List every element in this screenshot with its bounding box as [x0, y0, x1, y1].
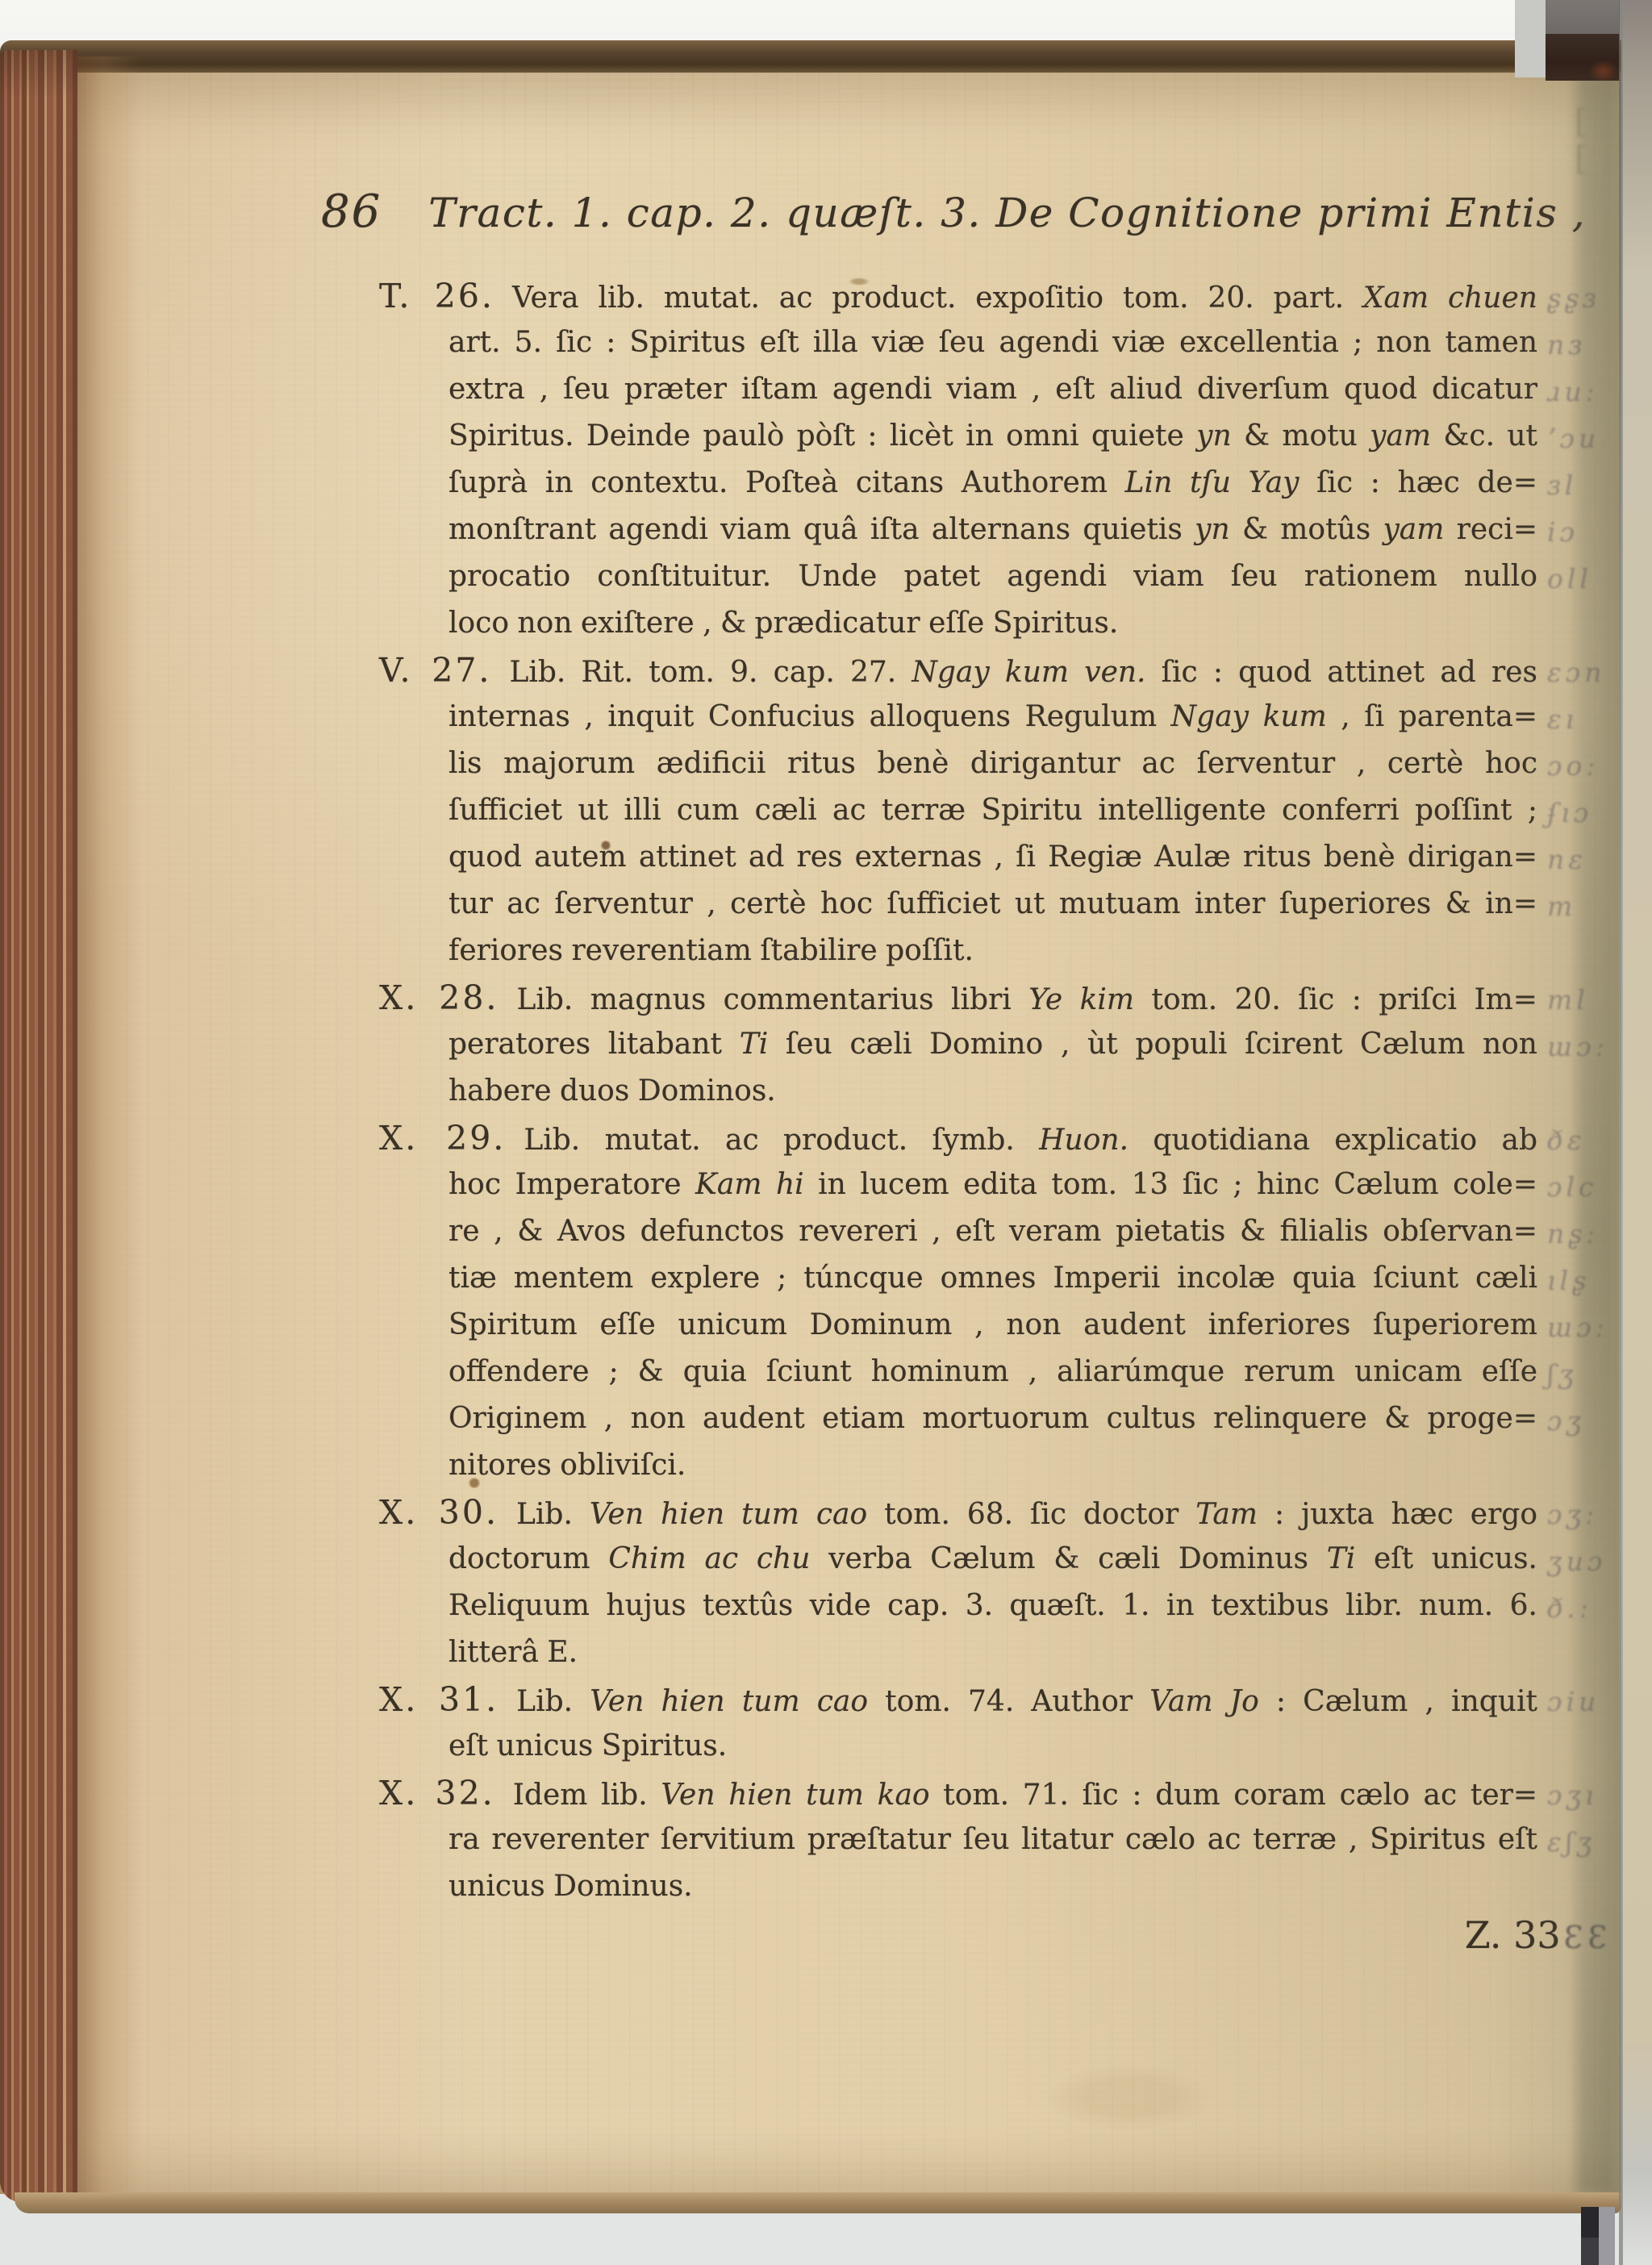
italic-term: yam	[1383, 513, 1444, 546]
text-line: Reliquum hujus textûs vide cap. 3. quæſt…	[379, 1583, 1537, 1629]
corner-bleed-through-marks: [ [	[1575, 103, 1623, 177]
text-line: X. 29.Lib. mutat. ac product. ſymb. Huon…	[379, 1115, 1537, 1162]
text-segment: hoc Imperatore	[448, 1168, 695, 1201]
bleed-through-mark: ɛı	[1547, 696, 1578, 743]
text-segment: Spiritus. Deinde paulò pòſt : licèt in o…	[448, 419, 1196, 453]
book-bottom-edge	[15, 2192, 1621, 2213]
text-line: unicus Dominus.	[379, 1863, 1537, 1910]
bleed-through-mark: ɯɔː	[1547, 1304, 1608, 1351]
paragraph-label: X. 28.	[379, 978, 499, 1017]
italic-term: Ti	[1327, 1542, 1356, 1575]
text-segment: Vera lib. mutat. ac product. expoſitio t…	[512, 282, 1363, 315]
italic-term: Chim ac chu	[608, 1542, 810, 1575]
text-line: habere duos Dominos.	[379, 1068, 1537, 1115]
text-line: procatio conſtituitur. Unde patet agendi…	[379, 553, 1537, 600]
text-segment: internas , inquit Confucius alloquens Re…	[448, 700, 1171, 733]
book-holder-rod-cap	[1581, 2207, 1599, 2238]
text-segment: Lib.	[516, 1498, 590, 1531]
text-segment: ſufficiet ut illi cum cæli ac terræ Spir…	[448, 794, 1537, 827]
book-fore-edge-pages	[0, 50, 77, 2202]
text-segment: & motu	[1232, 419, 1370, 453]
text-segment: in lucem edita tom. 13 ſic ; hinc Cælum …	[804, 1168, 1537, 1201]
bleed-through-mark: ɜl	[1547, 462, 1577, 509]
bleed-through-mark: ɔʒı	[1547, 1772, 1598, 1819]
text-segment: Spiritum eſſe unicum Dominum , non auden…	[448, 1308, 1537, 1341]
text-segment: quotidiana explicatio ab	[1128, 1124, 1537, 1157]
bleed-through-mark: ʃʒ	[1547, 1351, 1578, 1398]
text-line: X. 28.Lib. magnus commentarius libri Ye …	[379, 974, 1537, 1021]
page-number: 86	[321, 186, 382, 238]
italic-term: Ven hien tum cao	[590, 1685, 868, 1718]
text-segment: tur ac ſerventur , certè hoc ſufficiet u…	[448, 887, 1537, 920]
text-segment: habere duos Dominos.	[448, 1074, 776, 1107]
italic-term: Ngay kum	[1171, 700, 1327, 733]
text-line: X. 30.Lib. Ven hien tum cao tom. 68. ſic…	[379, 1489, 1537, 1536]
text-segment: tom. 74. Author	[868, 1685, 1149, 1718]
italic-term: Kam hi	[695, 1168, 804, 1201]
bleed-through-mark: nʂː	[1547, 1211, 1599, 1258]
bleed-through-mark: nɛ	[1547, 836, 1587, 883]
text-line: litterâ E.	[379, 1629, 1537, 1676]
text-segment: offendere ; & quia ſciunt hominum , alia…	[448, 1355, 1537, 1388]
bleed-through-mark: ʼɔu	[1547, 415, 1600, 462]
text-line: X. 32.Idem lib. Ven hien tum kao tom. 71…	[379, 1770, 1537, 1817]
bleed-through-mark: oll	[1547, 556, 1592, 603]
text-line: lis majorum ædificii ritus benè dirigant…	[379, 740, 1537, 787]
text-line: feriores reverentiam ſtabilire poſſit.	[379, 928, 1537, 974]
text-segment: Lib.	[516, 1685, 590, 1718]
text-segment: lis majorum ædificii ritus benè dirigant…	[448, 747, 1537, 780]
bleed-through-mark: ɔiu	[1547, 1679, 1600, 1725]
text-line: T. 26.Vera lib. mutat. ac product. expoſ…	[379, 273, 1537, 319]
text-line: tiæ mentem explere ; túncque omnes Imper…	[379, 1255, 1537, 1302]
bleed-through-mark: nɜ	[1547, 322, 1586, 369]
text-line: eſt unicus Spiritus.	[379, 1723, 1537, 1770]
text-segment: tom. 71. ſic : dum coram cælo ac ter=	[930, 1779, 1537, 1812]
paragraph-label: V. 27.	[379, 651, 491, 690]
text-segment: eſt unicus.	[1355, 1542, 1537, 1575]
text-segment: ſuprà in contextu. Poſteà citans Authore…	[448, 466, 1125, 499]
italic-term: yam	[1370, 419, 1431, 453]
binding-clamp-top	[1546, 0, 1620, 35]
text-line: loco non exiſtere , & prædicatur eſſe Sp…	[379, 600, 1537, 647]
text-line: monſtrant agendi viam quâ iſta alternans…	[379, 507, 1537, 553]
italic-term: Ti	[740, 1028, 769, 1061]
text-segment: Lib. magnus commentarius libri	[516, 983, 1028, 1016]
bleed-through-mark: ɯɔː	[1547, 1024, 1608, 1070]
italic-term: Xam chuen	[1363, 282, 1537, 315]
text-segment: , ſi parenta=	[1327, 700, 1537, 733]
text-line: Spiritus. Deinde paulò pòſt : licèt in o…	[379, 413, 1537, 460]
text-segment: tom. 68. ſic doctor	[867, 1498, 1195, 1531]
text-line: extra , ſeu præter iſtam agendi viam , e…	[379, 366, 1537, 413]
bleed-through-mark: ʒuɔ	[1547, 1538, 1606, 1585]
text-segment: : juxta hæc ergo	[1258, 1498, 1537, 1531]
text-line: quod autem attinet ad res externas , ſi …	[379, 834, 1537, 881]
text-segment: loco non exiſtere , & prædicatur eſſe Sp…	[448, 607, 1118, 640]
text-segment: tiæ mentem explere ; túncque omnes Imper…	[448, 1262, 1537, 1295]
text-segment: art. 5. ſic : Spiritus eſt illa viæ ſeu …	[448, 326, 1537, 359]
bleed-through-mark: ɔʒ	[1547, 1398, 1585, 1445]
italic-term: yn	[1196, 419, 1232, 453]
italic-term: Tam	[1195, 1498, 1258, 1531]
text-segment: Lib. Rit. tom. 9. cap. 27.	[509, 656, 912, 689]
bleed-through-mark: ml	[1547, 977, 1589, 1024]
text-segment: doctorum	[448, 1542, 608, 1575]
text-segment: ſic : hæc de=	[1299, 466, 1537, 499]
italic-term: Ven hien tum kao	[661, 1779, 929, 1812]
text-line: peratores litabant Ti ſeu cæli Domino , …	[379, 1021, 1537, 1068]
catchword-bleed-through: ƐƐ	[1564, 1920, 1612, 1955]
bleed-through-mark: ð.ː	[1547, 1585, 1592, 1632]
text-segment: & motûs	[1230, 513, 1383, 546]
fore-edge-shadow	[77, 56, 142, 2199]
bleed-through-mark: ılʂ	[1547, 1258, 1590, 1304]
text-segment: tom. 20. ſic : priſci Im=	[1134, 983, 1537, 1016]
text-segment: Idem lib.	[513, 1779, 661, 1812]
text-segment: eſt unicus Spiritus.	[448, 1729, 727, 1762]
bleed-through-mark: m	[1547, 883, 1576, 930]
text-block: T. 26.Vera lib. mutat. ac product. expoſ…	[379, 273, 1537, 1910]
book-top-edge	[0, 40, 1621, 73]
text-segment: Reliquum hujus textûs vide cap. 3. quæſt…	[448, 1589, 1537, 1622]
text-line: offendere ; & quia ſciunt hominum , alia…	[379, 1349, 1537, 1395]
text-segment: litterâ E.	[448, 1636, 578, 1669]
text-segment: reci=	[1444, 513, 1537, 546]
bleed-through-mark: ɛʃʒ	[1547, 1819, 1596, 1866]
text-segment: quod autem attinet ad res externas , ſi …	[448, 841, 1537, 874]
text-line: hoc Imperatore Kam hi in lucem edita tom…	[379, 1162, 1537, 1208]
catchword: Z. 33	[1465, 1913, 1561, 1957]
text-line: art. 5. ſic : Spiritus eſt illa viæ ſeu …	[379, 319, 1537, 366]
italic-term: Ngay kum ven.	[912, 656, 1145, 689]
text-line: ra reverenter ſervitium præſtatur ſeu li…	[379, 1817, 1537, 1863]
paragraph-label: X. 31.	[379, 1680, 499, 1719]
text-segment: nitores obliviſci.	[448, 1449, 686, 1482]
bleed-through-mark: ʄıɔ	[1547, 790, 1592, 836]
text-segment: re , & Avos defunctos revereri , eſt ver…	[448, 1215, 1537, 1248]
text-segment: procatio conſtituitur. Unde patet agendi…	[448, 560, 1537, 593]
text-segment: feriores reverentiam ſtabilire poſſit.	[448, 934, 974, 967]
text-segment: extra , ſeu præter iſtam agendi viam , e…	[448, 373, 1537, 406]
bleed-through-mark: ɔʒː	[1547, 1491, 1598, 1538]
text-segment: ſic : quod attinet ad res	[1146, 656, 1538, 689]
bleed-through-mark: ɔlc	[1547, 1164, 1598, 1211]
facing-page-sliver	[1623, 0, 1652, 2265]
text-segment: monſtrant agendi viam quâ iſta alternans…	[448, 513, 1195, 546]
italic-term: yn	[1195, 513, 1230, 546]
italic-term: Lin tſu Yay	[1125, 466, 1299, 499]
running-head: 86 Tract. 1. cap. 2. quæſt. 3. De Cognit…	[321, 186, 1555, 238]
text-segment: &c. ut	[1431, 419, 1537, 453]
text-line: Spiritum eſſe unicum Dominum , non auden…	[379, 1302, 1537, 1349]
bleed-through-mark: ʂʂɜ	[1547, 275, 1600, 322]
text-line: doctorum Chim ac chu verba Cælum & cæli …	[379, 1536, 1537, 1583]
text-segment: ra reverenter ſervitium præſtatur ſeu li…	[448, 1823, 1537, 1856]
scanned-book-page: 86 Tract. 1. cap. 2. quæſt. 3. De Cognit…	[0, 0, 1652, 2265]
bleed-through-mark: ɛɔn	[1547, 649, 1605, 696]
text-segment: Lib. mutat. ac product. ſymb.	[524, 1124, 1039, 1157]
text-line: Originem , non audent etiam mortuorum cu…	[379, 1395, 1537, 1442]
text-line: V. 27.Lib. Rit. tom. 9. cap. 27. Ngay ku…	[379, 647, 1537, 694]
paragraph-label: X. 32.	[379, 1774, 495, 1812]
text-line: ſufficiet ut illi cum cæli ac terræ Spir…	[379, 787, 1537, 834]
paragraph-label: T. 26.	[379, 277, 494, 315]
bleed-through-mark: ðɛ	[1547, 1117, 1586, 1164]
text-line: ſuprà in contextu. Poſteà citans Authore…	[379, 460, 1537, 507]
text-segment: : Cælum , inquit	[1259, 1685, 1537, 1718]
text-line: re , & Avos defunctos revereri , eſt ver…	[379, 1208, 1537, 1255]
paragraph-label: X. 30.	[379, 1493, 499, 1532]
running-title: Tract. 1. cap. 2. quæſt. 3. De Cognition…	[428, 190, 1586, 236]
italic-term: Ven hien tum cao	[590, 1498, 867, 1531]
text-line: X. 31.Lib. Ven hien tum cao tom. 74. Aut…	[379, 1676, 1537, 1723]
italic-term: Ye kim	[1028, 983, 1134, 1016]
bleed-through-mark: iɔ	[1547, 509, 1579, 556]
text-line: internas , inquit Confucius alloquens Re…	[379, 694, 1537, 740]
text-segment: ſeu cæli Domino , ùt populi ſcirent Cælu…	[768, 1028, 1537, 1061]
binding-clamp-dark	[1546, 34, 1620, 81]
text-segment: peratores litabant	[448, 1028, 740, 1061]
text-line: nitores obliviſci.	[379, 1442, 1537, 1489]
paragraph-label: X. 29.	[379, 1119, 506, 1158]
scanner-corner-block	[1515, 0, 1547, 77]
text-segment: unicus Dominus.	[448, 1870, 693, 1903]
text-segment: Originem , non audent etiam mortuorum cu…	[448, 1402, 1537, 1435]
italic-term: Vam Jo	[1149, 1685, 1259, 1718]
bleed-through-mark: ɔoː	[1547, 743, 1599, 790]
text-line: tur ac ſerventur , certè hoc ſufficiet u…	[379, 881, 1537, 928]
text-segment: verba Cælum & cæli Dominus	[810, 1542, 1326, 1575]
italic-term: Huon.	[1039, 1124, 1128, 1157]
catchword-row: Z. 33ƐƐ	[379, 1913, 1612, 1957]
bleed-through-mark: ɹuː	[1547, 369, 1599, 415]
